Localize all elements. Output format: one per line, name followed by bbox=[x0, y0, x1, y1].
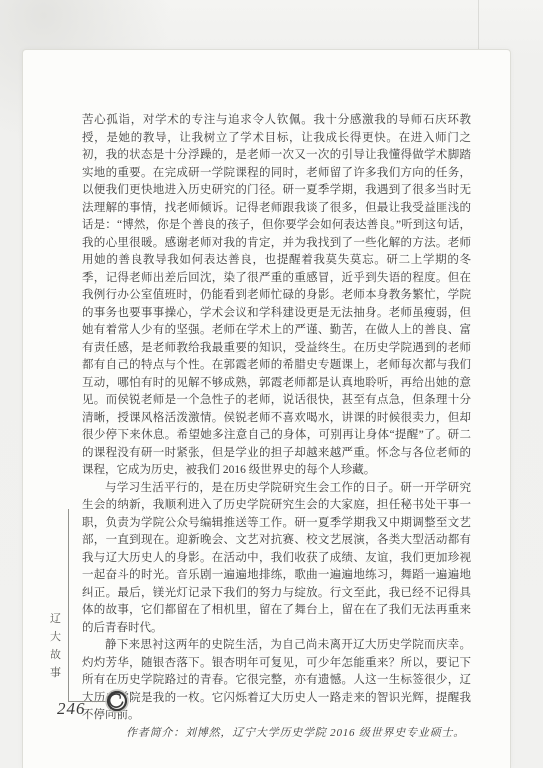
author-bio-note: 作者简介：刘博然，辽宁大学历史学院 2016 级世界史专业硕士。 bbox=[82, 725, 471, 743]
chapter-end-ornament-icon bbox=[104, 688, 130, 714]
scan-crease-line bbox=[478, 0, 479, 49]
margin-rule-vertical bbox=[68, 509, 69, 702]
article-paragraph-3: 静下来思衬这两年的史院生活，为自己尚未离开辽大历史学院而庆幸。灼灼芳华，随银杏落… bbox=[82, 637, 471, 725]
article-paragraph-1: 苦心孤诣，对学术的专注与追求令人钦佩。我十分感激我的导师石庆环教授，是她的教导，… bbox=[82, 112, 471, 480]
page-number: 246 bbox=[57, 699, 86, 719]
scan-background: { "page": { "number": "246", "margin_lab… bbox=[0, 0, 543, 768]
margin-series-label: 辽大故事 bbox=[49, 610, 62, 682]
article-body: 苦心孤诣，对学术的专注与追求令人钦佩。我十分感激我的导师石庆环教授，是她的教导，… bbox=[82, 112, 471, 742]
article-paragraph-2: 与学习生活平行的，是在历史学院研究生会工作的日子。研一开学研究生会的纳新，我顺利… bbox=[82, 480, 471, 638]
book-page: 苦心孤诣，对学术的专注与追求令人钦佩。我十分感激我的导师石庆环教授，是她的教导，… bbox=[22, 49, 511, 768]
